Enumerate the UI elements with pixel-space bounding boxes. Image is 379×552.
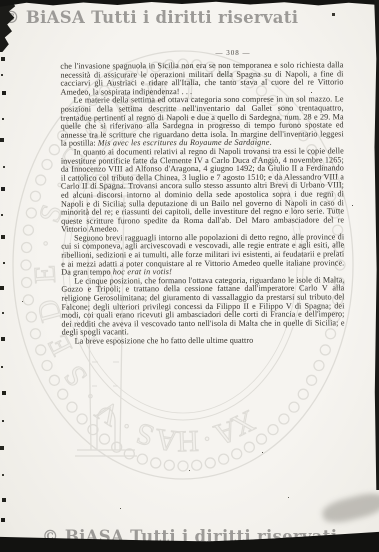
svg-text:·: · [29, 237, 63, 251]
paragraph: Le materie della settima ed ottava categ… [61, 96, 344, 149]
paragraph: Seguono brevi ragguagli intorno alle pop… [61, 233, 344, 277]
svg-text:E: E [28, 264, 62, 284]
scanned-book-page: XA·HAS·V·SEDE·S·CONDI © BiASA Tutti i di… [0, 0, 379, 552]
paragraph: Le cinque posizioni, che formano l'ottav… [61, 276, 344, 337]
scan-edge-right [373, 0, 379, 490]
text-block: che l'invasione spagnuola in Sicilia non… [60, 61, 344, 346]
svg-text:S: S [132, 416, 157, 452]
paragraph: che l'invasione spagnuola in Sicilia non… [60, 61, 343, 97]
paragraph: In quanto ai documenti relativi al regno… [61, 147, 344, 234]
page-number: — 308 — [148, 49, 318, 57]
copyright-watermark-top: © BiASA Tutti i diritti riservati [3, 8, 298, 27]
svg-text:S: S [58, 359, 94, 393]
scan-smudge [320, 490, 379, 527]
svg-text:H: H [176, 424, 199, 458]
svg-text:A: A [153, 422, 179, 457]
paragraph: La breve esposizione che ho fatto delle … [62, 336, 345, 346]
